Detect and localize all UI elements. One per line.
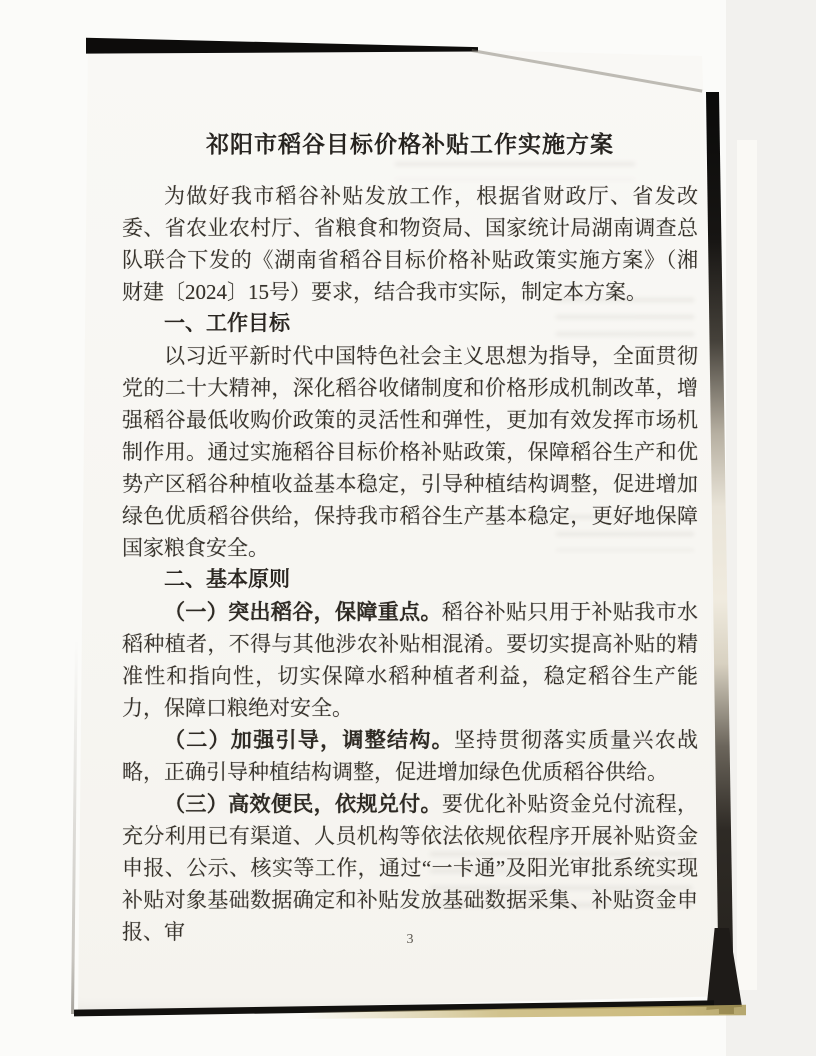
body-paragraph: （三）高效便民，依规兑付。要优化补贴资金兑付流程，充分利用已有渠道、人员机构等依… [122,788,698,948]
scan-canvas: 祁阳市稻谷目标价格补贴工作实施方案 为做好我市稻谷补贴发放工作，根据省财政厅、省… [0,0,816,1056]
document-page: 祁阳市稻谷目标价格补贴工作实施方案 为做好我市稻谷补贴发放工作，根据省财政厅、省… [78,40,734,1012]
paragraph-lead-emphasis: （三）高效便民，依规兑付。 [164,792,442,816]
paragraph-lead-emphasis: （二）加强引导，调整结构。 [164,728,454,752]
scan-artifact-top-edge [86,36,478,54]
section-heading: 二、基本原则 [122,564,698,596]
bleedthrough-artifact [395,162,635,180]
body-paragraph: （二）加强引导，调整结构。坚持贯彻落实质量兴农战略，正确引导种植结构调整，促进增… [122,724,698,788]
body-paragraph: 以习近平新时代中国特色社会主义思想为指导，全面贯彻党的二十大精神，深化稻谷收储制… [122,340,698,564]
page-number: 3 [122,932,698,948]
underlying-page-edge [737,140,757,990]
document-body: 为做好我市稻谷补贴发放工作，根据省财政厅、省发改委、省农业农村厅、省粮食和物资局… [122,180,698,948]
body-paragraph: 为做好我市稻谷补贴发放工作，根据省财政厅、省发改委、省农业农村厅、省粮食和物资局… [122,180,698,308]
body-paragraph: （一）突出稻谷，保障重点。稻谷补贴只用于补贴我市水稻种植者，不得与其他涉农补贴相… [122,596,698,724]
paragraph-lead-emphasis: （一）突出稻谷，保障重点。 [164,600,442,624]
scan-artifact-left-edge [71,640,78,1014]
document-title: 祁阳市稻谷目标价格补贴工作实施方案 [122,126,698,159]
section-heading: 一、工作目标 [122,308,698,340]
